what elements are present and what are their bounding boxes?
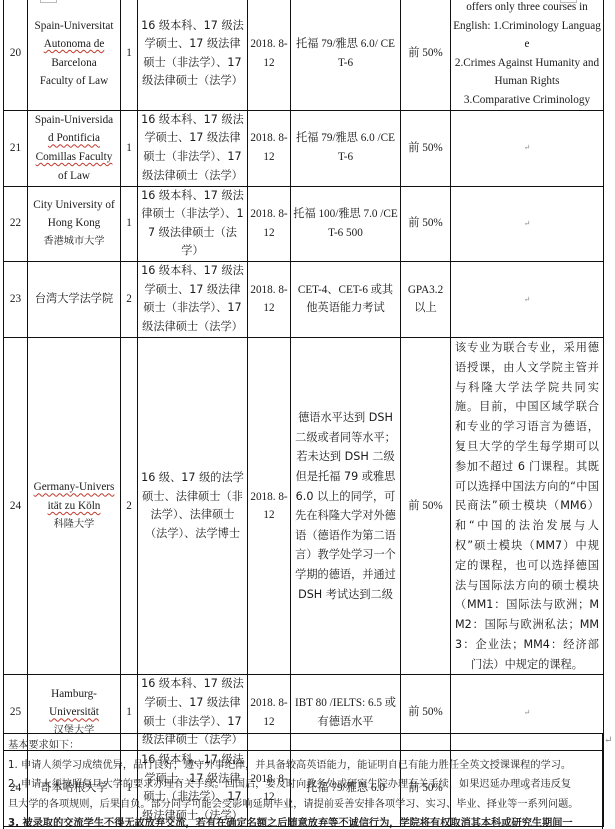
basic-requirements: 基本要求如下： 1. 申请人须学习成绩优异，品行良好，遵守外事纪律，并具备较高英… <box>3 733 603 829</box>
eligibility: 16 级、17 级的法学硕士、法律硕士（非法学）、法律硕士（法学）、法学博士 <box>138 337 248 675</box>
table-row: 24 Germany-Univers ität zu Köln 科隆大学 2 1… <box>4 337 604 675</box>
notes: ↵ <box>451 186 604 261</box>
requirement-2: 2. 申请人须按照复旦大学的要求办理有关手续。回国后，要及时向教务处或研究生院办… <box>8 775 598 795</box>
ranking-requirement: GPA3.2 以上 <box>401 261 451 337</box>
requirement-1: 1. 申请人须学习成绩优异，品行良好，遵守外事纪律，并具备较高英语能力，能证明自… <box>8 756 598 776</box>
document-page: 20 Spain-Universitat Autonoma de Barcelo… <box>0 0 615 829</box>
exchange-period: 2018. 8-12 <box>248 110 291 186</box>
requirements-heading: 基本要求如下： <box>8 736 598 756</box>
eligibility: 16 级本科、17 级法学硕士、17 级法律硕士（非法学）、17 级法律硕士（法… <box>138 0 248 110</box>
table-row: 23 台湾大学法学院 2 16 级本科、17 级法学硕士、17 级法律硕士（非法… <box>4 261 604 337</box>
language-requirement: 德语水平达到 DSH 二级或者同等水平；若未达到 DSH 二级但是托福 79 或… <box>291 337 401 675</box>
quota: 2 <box>121 337 138 675</box>
row-index: 22 <box>4 186 28 261</box>
requirement-3: 3. 被录取的交流学生不得无故放弃交流，若有在确定名额之后随意放弃等不诚信行为，… <box>8 814 598 829</box>
notes: ↵ <box>451 261 604 337</box>
row-index: 21 <box>4 110 28 186</box>
notes: 该专业为联合专业，采用德语授课，由人文学院主管并与科隆大学法学院共同实施。目前，… <box>451 337 604 675</box>
language-requirement: 托福 79/雅思 6.0 /CET-6 <box>291 110 401 186</box>
table-row: 22 City University of Hong Kong 香港城市大学 1… <box>4 186 604 261</box>
language-requirement: 托福 100/雅思 7.0 /CET-6 500 <box>291 186 401 261</box>
table-row: 21 Spain-Universida d Pontificia Comilla… <box>4 110 604 186</box>
ranking-requirement: 前 50% <box>401 110 451 186</box>
row-index: 24 <box>4 337 28 675</box>
exchange-period: 2018. 8-12 <box>248 261 291 337</box>
exchange-program-table: 20 Spain-Universitat Autonoma de Barcelo… <box>3 0 604 827</box>
university-name: Germany-Univers ität zu Köln 科隆大学 <box>28 337 121 675</box>
eligibility: 16 级本科、17 级法律硕士（非法学）、17 级法律硕士（法学） <box>138 186 248 261</box>
quota: 1 <box>121 0 138 110</box>
university-name: Spain-Universida d Pontificia Comillas F… <box>28 110 121 186</box>
language-requirement: CET-4、CET-6 或其他英语能力考试 <box>291 261 401 337</box>
notes: ↵ <box>451 110 604 186</box>
ranking-requirement: 前 50% <box>401 0 451 110</box>
eligibility: 16 级本科、17 级法学硕士、17 级法律硕士（非法学）、17 级法律硕士（法… <box>138 110 248 186</box>
table-row: 20 Spain-Universitat Autonoma de Barcelo… <box>4 0 604 110</box>
requirement-2-continued: 旦大学的各项规则，后果自负。部分同学可能会受影响延期毕业，请提前妥善安排各项学习… <box>8 795 598 815</box>
quota: 2 <box>121 261 138 337</box>
ranking-requirement: 前 50% <box>401 337 451 675</box>
ranking-requirement: 前 50% <box>401 186 451 261</box>
notes: offers only three courses in English: 1.… <box>451 0 604 110</box>
paragraph-mark-icon: ↵ <box>604 735 612 746</box>
university-name: 台湾大学法学院 <box>28 261 121 337</box>
exchange-period: 2018. 8-12 <box>248 337 291 675</box>
university-name: City University of Hong Kong 香港城市大学 <box>28 186 121 261</box>
language-requirement: 托福 79/雅思 6.0/ CET-6 <box>291 0 401 110</box>
row-index: 23 <box>4 261 28 337</box>
quota: 1 <box>121 186 138 261</box>
quota: 1 <box>121 110 138 186</box>
university-name: Spain-Universitat Autonoma de Barcelona … <box>28 0 121 110</box>
row-index: 20 <box>4 0 28 110</box>
exchange-period: 2018. 8-12 <box>248 0 291 110</box>
eligibility: 16 级本科、17 级法学硕士、17 级法律硕士（非法学）、17 级法律硕士（法… <box>138 261 248 337</box>
exchange-period: 2018. 8-12 <box>248 186 291 261</box>
